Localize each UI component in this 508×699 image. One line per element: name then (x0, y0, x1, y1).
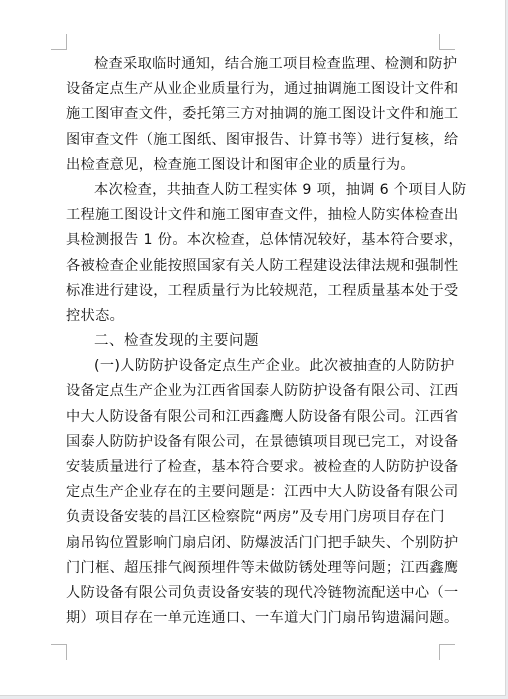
text-line: 中大人防设备有限公司和江西鑫鹰人防设备有限公司。江西省 (66, 405, 438, 430)
text-line: 本次检查，共抽查人防工程实体 9 项，抽调 6 个项目人防 (66, 178, 438, 203)
text-line: 检查采取临时通知，结合施工项目检查监理、检测和防护 (66, 52, 438, 77)
text-line: 设备定点生产从业企业质量行为，通过抽调施工图设计文件和 (66, 77, 438, 102)
paragraph-inspection-method: 检查采取临时通知，结合施工项目检查监理、检测和防护 设备定点生产从业企业质量行为… (66, 52, 438, 178)
crop-mark-top-left (51, 34, 67, 50)
document-body[interactable]: 检查采取临时通知，结合施工项目检查监理、检测和防护 设备定点生产从业企业质量行为… (66, 52, 438, 631)
text-line: 图审查文件（施工图纸、图审报告、计算书等）进行复核，给 (66, 128, 438, 153)
text-line: 人防设备有限公司负责设备安装的现代冷链物流配送中心（一 (66, 581, 438, 606)
text-line: (一)人防防护设备定点生产企业。此次被抽查的人防防护 (66, 354, 438, 379)
text-line: 具检测报告 1 份。本次检查，总体情况较好，基本符合要求， (66, 228, 438, 253)
text-line: 出检查意见，检查施工图设计和图审企业的质量行为。 (66, 153, 438, 178)
section-heading: 二、检查发现的主要问题 (66, 329, 438, 354)
paragraph-equipment-producers: (一)人防防护设备定点生产企业。此次被抽查的人防防护 设备定点生产企业为江西省国… (66, 354, 438, 631)
document-page: 检查采取临时通知，结合施工项目检查监理、检测和防护 设备定点生产从业企业质量行为… (0, 0, 506, 696)
text-line: 国泰人防防护设备有限公司，在景德镇项目现已完工，对设备 (66, 430, 438, 455)
crop-mark-bottom-left (51, 644, 67, 660)
text-line: 安装质量进行了检查，基本符合要求。被检查的人防防护设备 (66, 455, 438, 480)
text-line: 期）项目存在一单元连通口、一车道大门门扇吊钩遗漏问题。 (66, 606, 438, 631)
crop-mark-bottom-right (439, 644, 455, 660)
text-line: 施工图审查文件，委托第三方对抽调的施工图设计文件和施工 (66, 102, 438, 127)
crop-mark-top-right (439, 34, 455, 50)
text-line: 负责设备安装的昌江区检察院“两房”及专用门房项目存在门 (66, 505, 438, 530)
paragraph-inspection-summary: 本次检查，共抽查人防工程实体 9 项，抽调 6 个项目人防 工程施工图设计文件和… (66, 178, 438, 329)
text-line: 定点生产企业存在的主要问题是：江西中大人防设备有限公司 (66, 480, 438, 505)
text-line: 扇吊钩位置影响门扇启闭、防爆波活门门把手缺失、个别防护 (66, 531, 438, 556)
text-line: 控状态。 (66, 304, 438, 329)
text-line: 门门框、超压排气阀预埋件等未做防锈处理等问题；江西鑫鹰 (66, 556, 438, 581)
text-line: 标准进行建设，工程质量行为比较规范，工程质量基本处于受 (66, 279, 438, 304)
text-line: 各被检查企业能按照国家有关人防工程建设法律法规和强制性 (66, 254, 438, 279)
text-line: 设备定点生产企业为江西省国泰人防防护设备有限公司、江西 (66, 379, 438, 404)
text-line: 工程施工图设计文件和施工图审查文件，抽检人防实体检查出 (66, 203, 438, 228)
